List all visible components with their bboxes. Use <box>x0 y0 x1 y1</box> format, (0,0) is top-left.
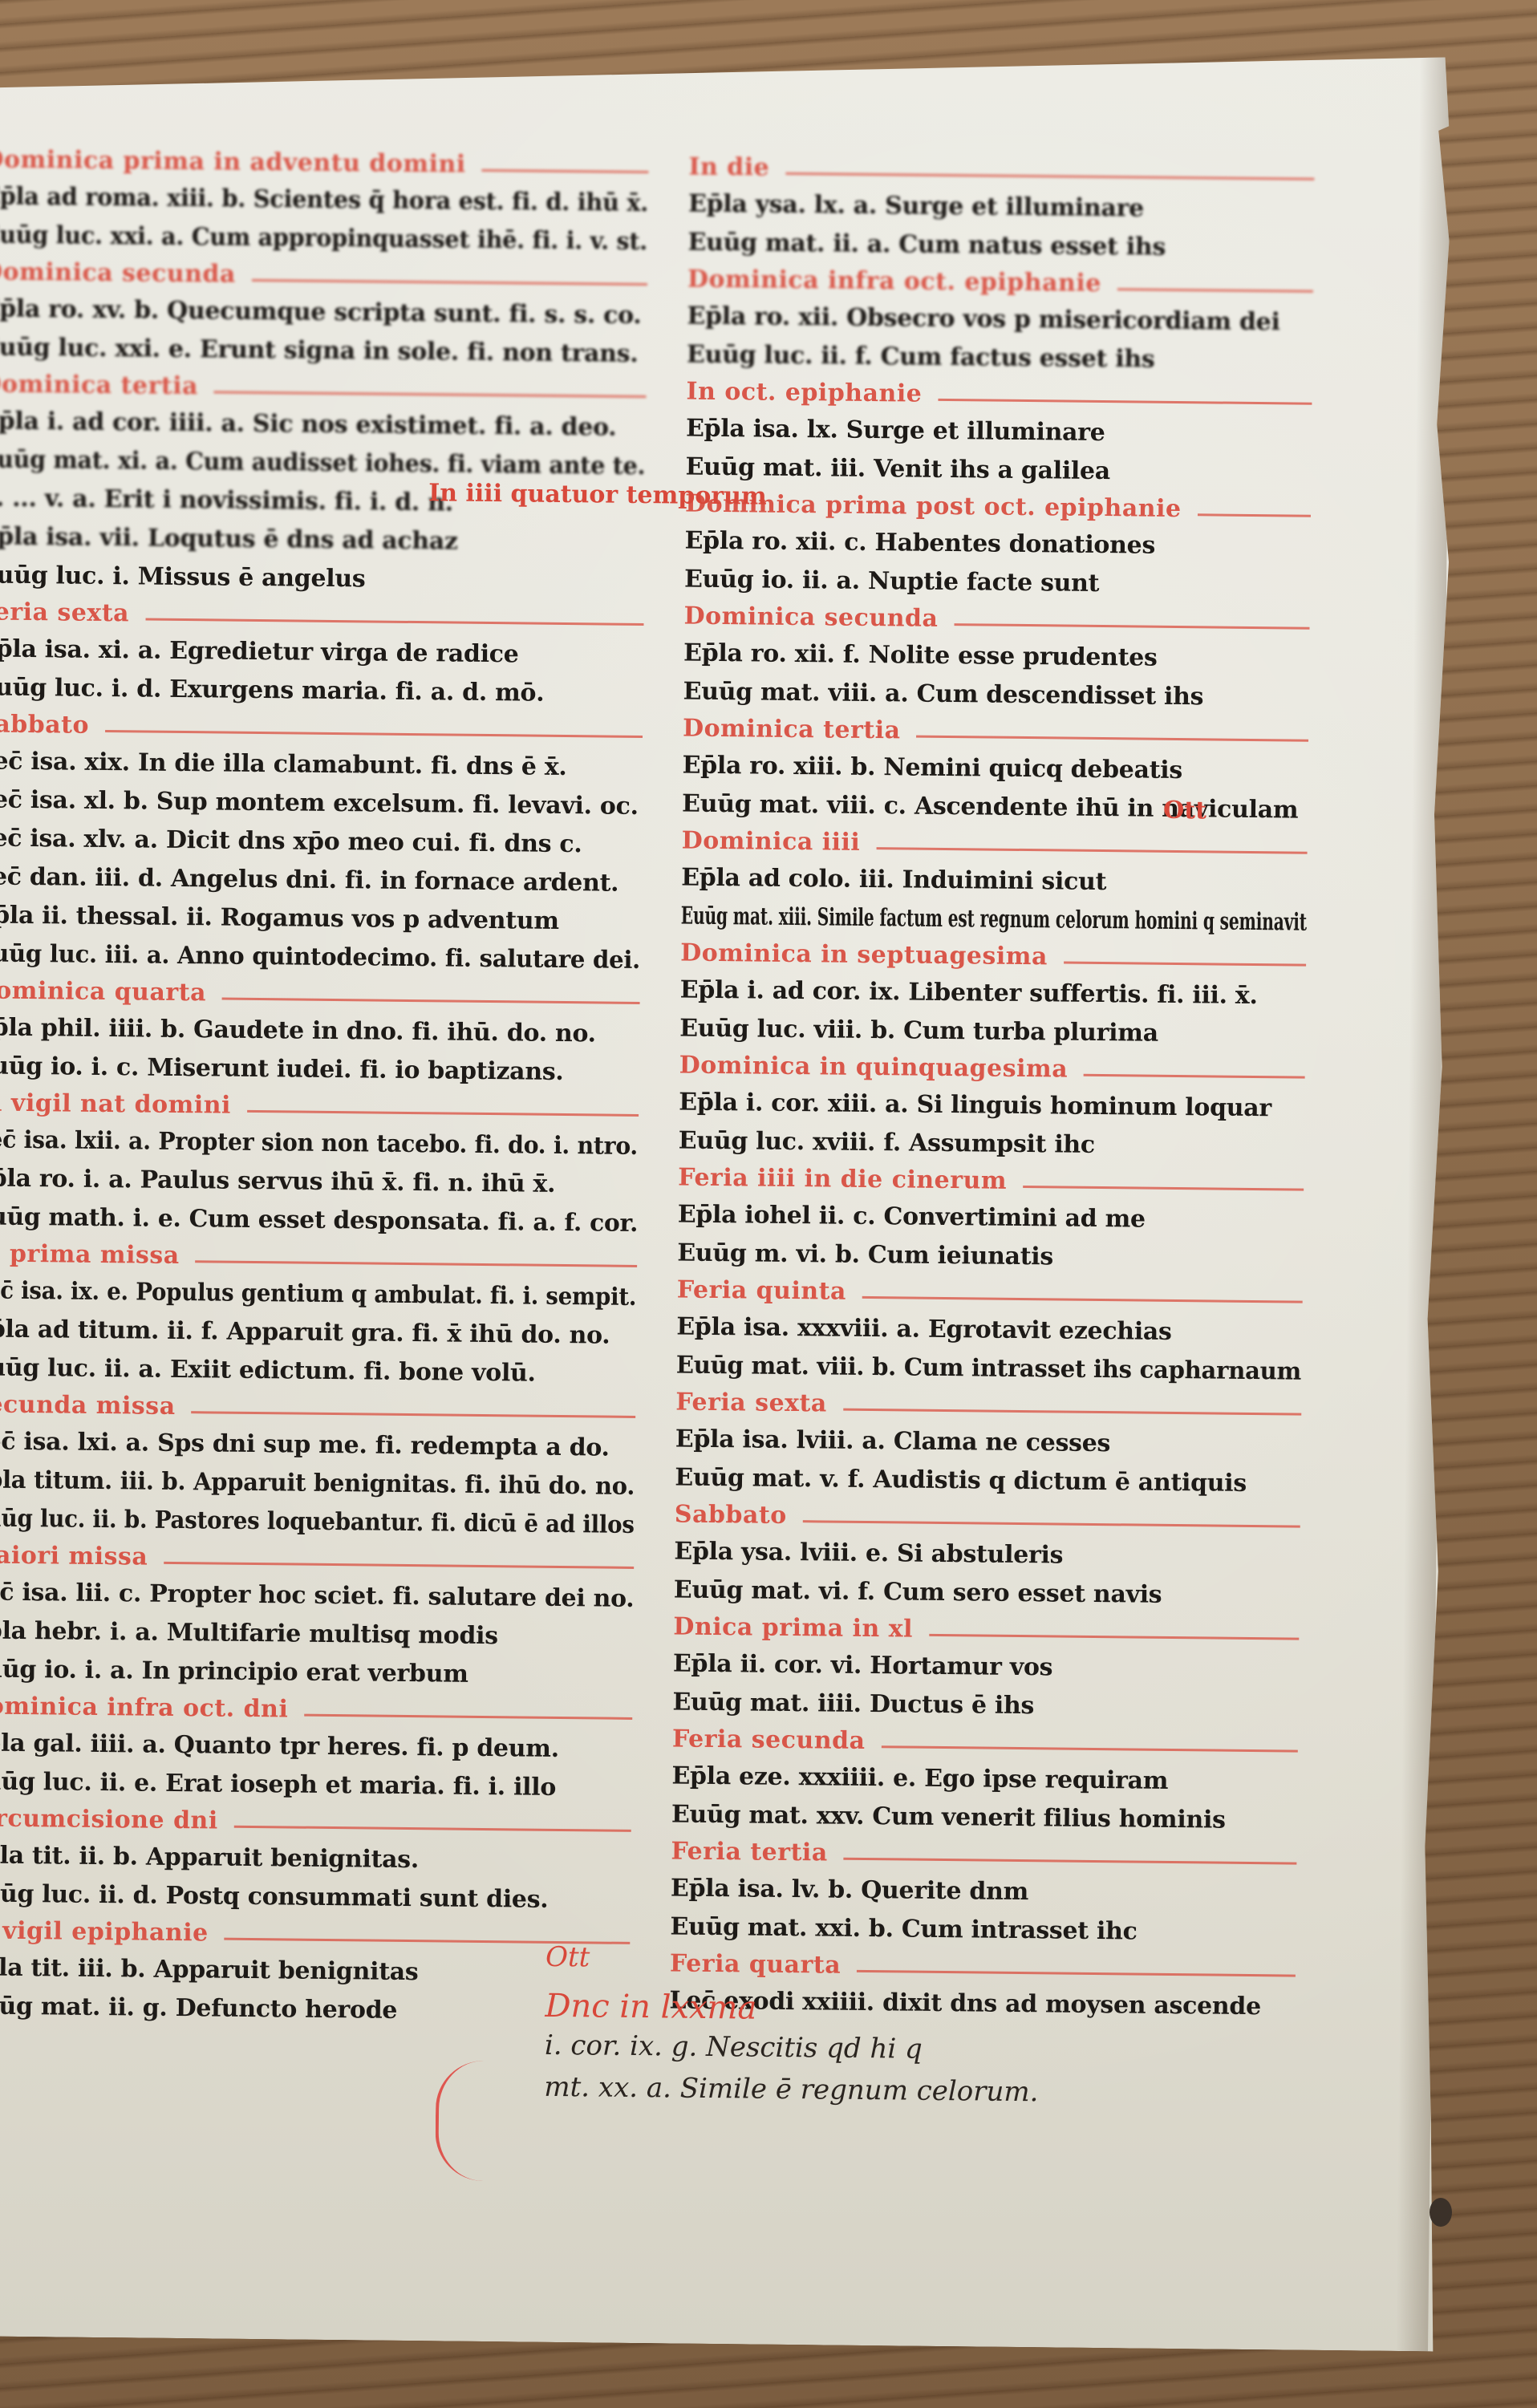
addendum-mark: Ott <box>545 1941 1040 1978</box>
rubric-heading: Dominica in quinquagesima <box>679 1048 1305 1090</box>
lection-line: Ep̄la ro. i. a. Paulus servus ihū x̄. fi… <box>0 1159 638 1205</box>
red-ruling-line <box>862 1296 1303 1303</box>
rubric-text: In vigil epiphanie <box>0 1916 209 1947</box>
lection-line: Lec̄ isa. xix. In die illa clamabunt. fi… <box>0 742 643 788</box>
red-ruling-line <box>146 618 644 626</box>
red-ruling-line <box>195 1260 637 1267</box>
red-ruling-line <box>882 1745 1298 1752</box>
lection-line: Euūg mat. xi. a. Cum audisset iohes. fi.… <box>0 440 645 486</box>
red-ruling-line <box>1064 962 1306 967</box>
rubric-text: In die <box>688 153 769 182</box>
rubric-heading: In oct. epiphanie <box>686 375 1312 416</box>
lection-line: Ep̄la ii. thessal. ii. Rogamus vos p adv… <box>0 896 641 942</box>
lection-line: Ep̄la ro. xiii. b. Nemini quicq debeatis <box>682 747 1308 792</box>
lection-line: Euūg mat. v. f. Audistis q dictum ē anti… <box>675 1458 1300 1503</box>
lection-line: Ep̄la iohel ii. c. Convertimini ad me <box>678 1196 1304 1241</box>
rubric-text: Dominica prima post oct. epiphanie <box>685 490 1182 523</box>
red-ruling-line <box>916 736 1308 742</box>
red-ruling-line <box>929 1634 1299 1640</box>
margin-note-ott: Ott <box>1163 797 1206 825</box>
rubric-text: Dominica in quinquagesima <box>679 1052 1069 1084</box>
red-ruling-line <box>843 1409 1301 1416</box>
lection-line: Euūg mat. viii. b. Cum intrasset ihs cap… <box>676 1346 1302 1391</box>
red-ruling-line <box>1117 288 1313 293</box>
rubric-text: Dnica prima in xl <box>673 1612 913 1643</box>
red-ruling-line <box>877 847 1308 854</box>
red-ruling-line <box>191 1411 635 1418</box>
lection-line: Lec̄ isa. lii. c. Propter hoc sciet. fi.… <box>0 1573 635 1619</box>
lection-line: Euūg mat. viii. a. Cum descendisset ihs <box>683 673 1308 718</box>
lection-line: Ep̄la ro. xii. f. Nolite esse prudentes <box>683 634 1309 679</box>
rubric-text: Dominica tertia <box>0 370 198 400</box>
addendum-line-2: mt. xx. a. Simile ē regnum celorum. <box>544 2066 1039 2113</box>
lection-line: Ep̄la titum. iii. b. Apparuit benignitas… <box>0 1461 635 1506</box>
lection-line: Euūg io. i. a. In principio erat verbum <box>0 1650 633 1696</box>
rubric-heading: Feria sexta <box>0 594 644 637</box>
lection-line: Euūg math. i. e. Cum esset desponsata. f… <box>0 1198 638 1243</box>
rubric-text: Dominica tertia <box>683 715 901 745</box>
rubric-text: Sabbato <box>675 1500 787 1529</box>
lection-line: Ep̄la ro. xii. Obsecro vos p misericordi… <box>687 298 1312 343</box>
rubric-text: Dominica infra oct. epiphanie <box>687 266 1101 298</box>
lection-line: Ep̄la i. ad cor. iiii. a. Sic nos existi… <box>0 402 646 448</box>
rubric-heading: Dnica prima in xl <box>673 1609 1299 1651</box>
lection-line: Euūg io. i. c. Miserunt iudei. fi. io ba… <box>0 1047 639 1093</box>
red-ruling-line <box>954 623 1309 630</box>
lection-line: Euūg luc. ii. a. Exiit edictum. fi. bone… <box>0 1348 636 1394</box>
red-ruling-line <box>105 730 643 738</box>
lection-line: Euūg mat. vi. f. Cum sero esset navis <box>674 1571 1300 1615</box>
lection-line: Ep̄la ro. xii. c. Habentes donationes <box>684 522 1310 567</box>
rubric-text: Dominica secunda <box>683 602 938 633</box>
lection-line: Ep̄la ii. cor. vi. Hortamur vos <box>673 1644 1299 1689</box>
addendum-block: Ott Dnc in lxxma i. cor. ix. g. Nescitis… <box>544 1941 1040 2113</box>
lection-line: Ep̄la isa. vii. Loqutus ē dns ad achaz <box>0 517 645 563</box>
red-ruling-line <box>164 1562 634 1569</box>
rubric-heading: Dominica prima post oct. epiphanie <box>685 487 1311 529</box>
lection-line: Euūg luc. i. Missus ē angelus <box>0 556 644 602</box>
lection-line: Euūg mat. iiii. Ductus ē ihs <box>672 1683 1298 1728</box>
rubric-text: Sabbato <box>0 710 89 739</box>
rubric-heading: In vigil epiphanie <box>0 1913 631 1956</box>
binding-hole <box>1430 2198 1452 2227</box>
lection-line: Ep̄la isa. lviii. a. Clama ne cesses <box>675 1420 1301 1465</box>
lection-line: Euūg luc. ii. f. Cum factus esset ihs <box>687 336 1312 381</box>
lection-line: Ep̄la ro. xv. b. Quecumque scripta sunt.… <box>0 290 647 335</box>
rubric-text: In vigil nat domini <box>0 1088 231 1119</box>
lection-line: Ep̄la ad roma. xiii. b. Scientes q̄ hora… <box>0 177 648 223</box>
lection-line: Ep̄la isa. lx. Surge et illuminare <box>686 410 1312 455</box>
lection-line: Euūg mat. ii. a. Cum natus esset ihs <box>687 224 1313 269</box>
red-ruling-line <box>247 1110 639 1117</box>
lection-line: Euūg luc. ii. b. Pastores loquebantur. f… <box>0 1499 635 1545</box>
lection-line: Ep̄la gal. iiii. a. Quanto tpr heres. fi… <box>0 1724 632 1770</box>
rubric-text: Dominica prima in adventu domini <box>0 145 466 178</box>
lection-line: Euūg mat. xiii. Simile factum est regnum… <box>680 898 1307 943</box>
rubric-heading: Feria secunda <box>672 1721 1298 1763</box>
rubric-text: Dominica infra oct. dni <box>0 1692 289 1723</box>
rubric-text: Feria sexta <box>0 598 129 627</box>
lection-line: Lec̄ dan. iii. d. Angelus dni. fi. in fo… <box>0 857 641 903</box>
lection-line: Ep̄la tit. ii. b. Apparuit benignitas. <box>0 1836 631 1882</box>
addendum-line-1: i. cor. ix. g. Nescitis qd hi q <box>545 2025 1040 2071</box>
lection-line: Ep̄la hebr. i. a. Multifarie multisq mod… <box>0 1611 634 1657</box>
lection-line: Ep̄la isa. lv. b. Querite dnm <box>671 1869 1296 1914</box>
lection-line: Euūg luc. xviii. f. Assumpsit ihc <box>678 1122 1304 1167</box>
lection-line: Euūg m. vi. b. Cum ieiunatis <box>677 1234 1303 1279</box>
lection-line: Ep̄la ysa. lviii. e. Si abstuleris <box>674 1532 1300 1577</box>
red-ruling-line <box>234 1826 631 1832</box>
rubric-text: Secunda missa <box>0 1390 176 1421</box>
rubric-heading: Feria sexta <box>675 1384 1301 1426</box>
red-ruling-line <box>843 1858 1296 1865</box>
red-ruling-line <box>1084 1074 1305 1079</box>
lection-line: Euūg luc. viii. b. Cum turba plurima <box>679 1010 1305 1055</box>
rubric-text: Feria tertia <box>671 1837 828 1867</box>
red-ruling-line <box>481 169 648 173</box>
lection-line: Euūg luc. iii. a. Anno quintodecimo. fi.… <box>0 934 640 980</box>
lection-line: Ep̄la i. ad cor. ix. Libenter suffertis.… <box>679 971 1305 1016</box>
rubric-heading: Dominica iiii <box>681 824 1307 866</box>
lection-line: Lec̄ isa. lxi. a. Sps dni sup me. fi. re… <box>0 1422 635 1468</box>
lection-line: Lec̄ isa. lxii. a. Propter sion non tace… <box>0 1121 638 1166</box>
leaf-edge-wear <box>1396 57 1452 2351</box>
red-ruling-line <box>252 279 647 286</box>
rubric-heading: Sabbato <box>675 1497 1300 1538</box>
rubric-text: Dominica secunda <box>0 257 236 288</box>
lection-line: Lec̄ isa. xlv. a. Dicit dns xp̄o meo cui… <box>0 819 642 865</box>
lection-line: Ep̄la i. cor. xiii. a. Si linguis hominu… <box>679 1084 1304 1129</box>
lection-line: Euūg luc. xxi. a. Cum appropinquasset ih… <box>0 216 647 261</box>
rubric-text: Dominica quarta <box>0 976 206 1007</box>
red-ruling-line <box>213 391 646 398</box>
rubric-heading: Sabbato <box>0 707 643 749</box>
rubric-text: Maiori missa <box>0 1541 148 1571</box>
rubric-heading: Dominica tertia <box>683 711 1308 753</box>
lection-line: Ep̄la ad colo. iii. Induimini sicut <box>681 859 1307 904</box>
addendum-heading: Dnc in lxxma <box>545 1988 1040 2029</box>
red-ruling-line <box>1023 1186 1304 1191</box>
red-bracket-mark <box>435 2060 504 2181</box>
lection-line: Euūg mat. viii. c. Ascendente ihū in nav… <box>682 785 1308 830</box>
lection-line: Euūg luc. ii. d. Postq consummati sunt d… <box>0 1875 631 1920</box>
lection-line: Ep̄la phil. iiii. b. Gaudete in dno. fi.… <box>0 1008 639 1054</box>
rubric-text: Feria sexta <box>675 1388 827 1417</box>
lection-line: Euūg mat. ii. g. Defuncto herode <box>0 1987 630 2033</box>
left-column: Dominica prima in adventu dominiEp̄la ad… <box>0 142 649 2033</box>
lection-line: Ep̄la eze. xxxiiii. e. Ego ipse requiram <box>671 1757 1297 1802</box>
lection-line: Lec̄ isa. xl. b. Sup montem excelsum. fi… <box>0 780 642 826</box>
lection-line: Euūg luc. i. d. Exurgens maria. fi. a. d… <box>0 668 643 714</box>
rubric-text: In oct. epiphanie <box>686 378 922 408</box>
lection-line: Ep̄la tit. iii. b. Apparuit benignitas <box>0 1948 630 1994</box>
rubric-text: Dominica iiii <box>681 827 860 857</box>
lection-line: Lec̄ isa. ix. e. Populus gentium q ambul… <box>0 1271 636 1317</box>
red-ruling-line <box>1198 513 1311 517</box>
lection-line: Ep̄la ysa. lx. a. Surge et illuminare <box>688 185 1314 230</box>
red-ruling-line <box>222 998 640 1004</box>
red-ruling-line <box>938 399 1312 405</box>
rubric-heading: Dominica in septuagesima <box>680 936 1306 978</box>
rubric-heading: Dominica quarta <box>0 973 640 1015</box>
lection-line: Ep̄la ad titum. ii. f. Apparuit gra. fi.… <box>0 1310 636 1356</box>
rubric-heading: Circumcisione dni <box>0 1801 631 1843</box>
rubric-text: Feria quinta <box>677 1275 846 1305</box>
rubric-heading: Dominica infra oct. dni <box>0 1688 633 1731</box>
rubric-text: Feria secunda <box>672 1725 866 1755</box>
rubric-text: In prima missa <box>0 1239 180 1270</box>
lection-line: Euūg luc. xxi. e. Erunt signa in sole. f… <box>0 328 647 374</box>
lection-line: Euūg luc. ii. e. Erat ioseph et maria. f… <box>0 1762 632 1808</box>
red-ruling-line <box>803 1520 1300 1527</box>
rubric-heading: Feria quinta <box>677 1272 1303 1314</box>
manuscript-leaf: Dominica prima in adventu dominiEp̄la ad… <box>0 42 1460 2351</box>
lection-line: Euūg mat. xxv. Cum venerit filius homini… <box>671 1795 1297 1840</box>
lection-line: Euūg mat. iii. Venit ihs a galilea <box>685 448 1311 493</box>
red-ruling-line <box>304 1714 632 1720</box>
rubric-heading: Feria iiii in die cinerum <box>678 1161 1304 1202</box>
right-column: In dieEp̄la ysa. lx. a. Surge et illumin… <box>669 150 1314 2027</box>
rubric-text: Feria iiii in die cinerum <box>678 1164 1007 1195</box>
lection-line: Ep̄la isa. xxxviii. a. Egrotavit ezechia… <box>676 1307 1302 1352</box>
lection-line: Euūg io. ii. a. Nuptie facte sunt <box>684 561 1310 606</box>
rubric-text: Circumcisione dni <box>0 1804 218 1834</box>
rubric-heading: Dominica secunda <box>683 599 1309 641</box>
rubric-heading: Secunda missa <box>0 1387 635 1429</box>
lection-line: Ep̄la isa. xi. a. Egredietur virga de ra… <box>0 630 643 675</box>
rubric-heading: Feria tertia <box>671 1834 1296 1875</box>
red-ruling-line <box>785 172 1314 180</box>
rubric-text: Dominica in septuagesima <box>680 939 1048 971</box>
